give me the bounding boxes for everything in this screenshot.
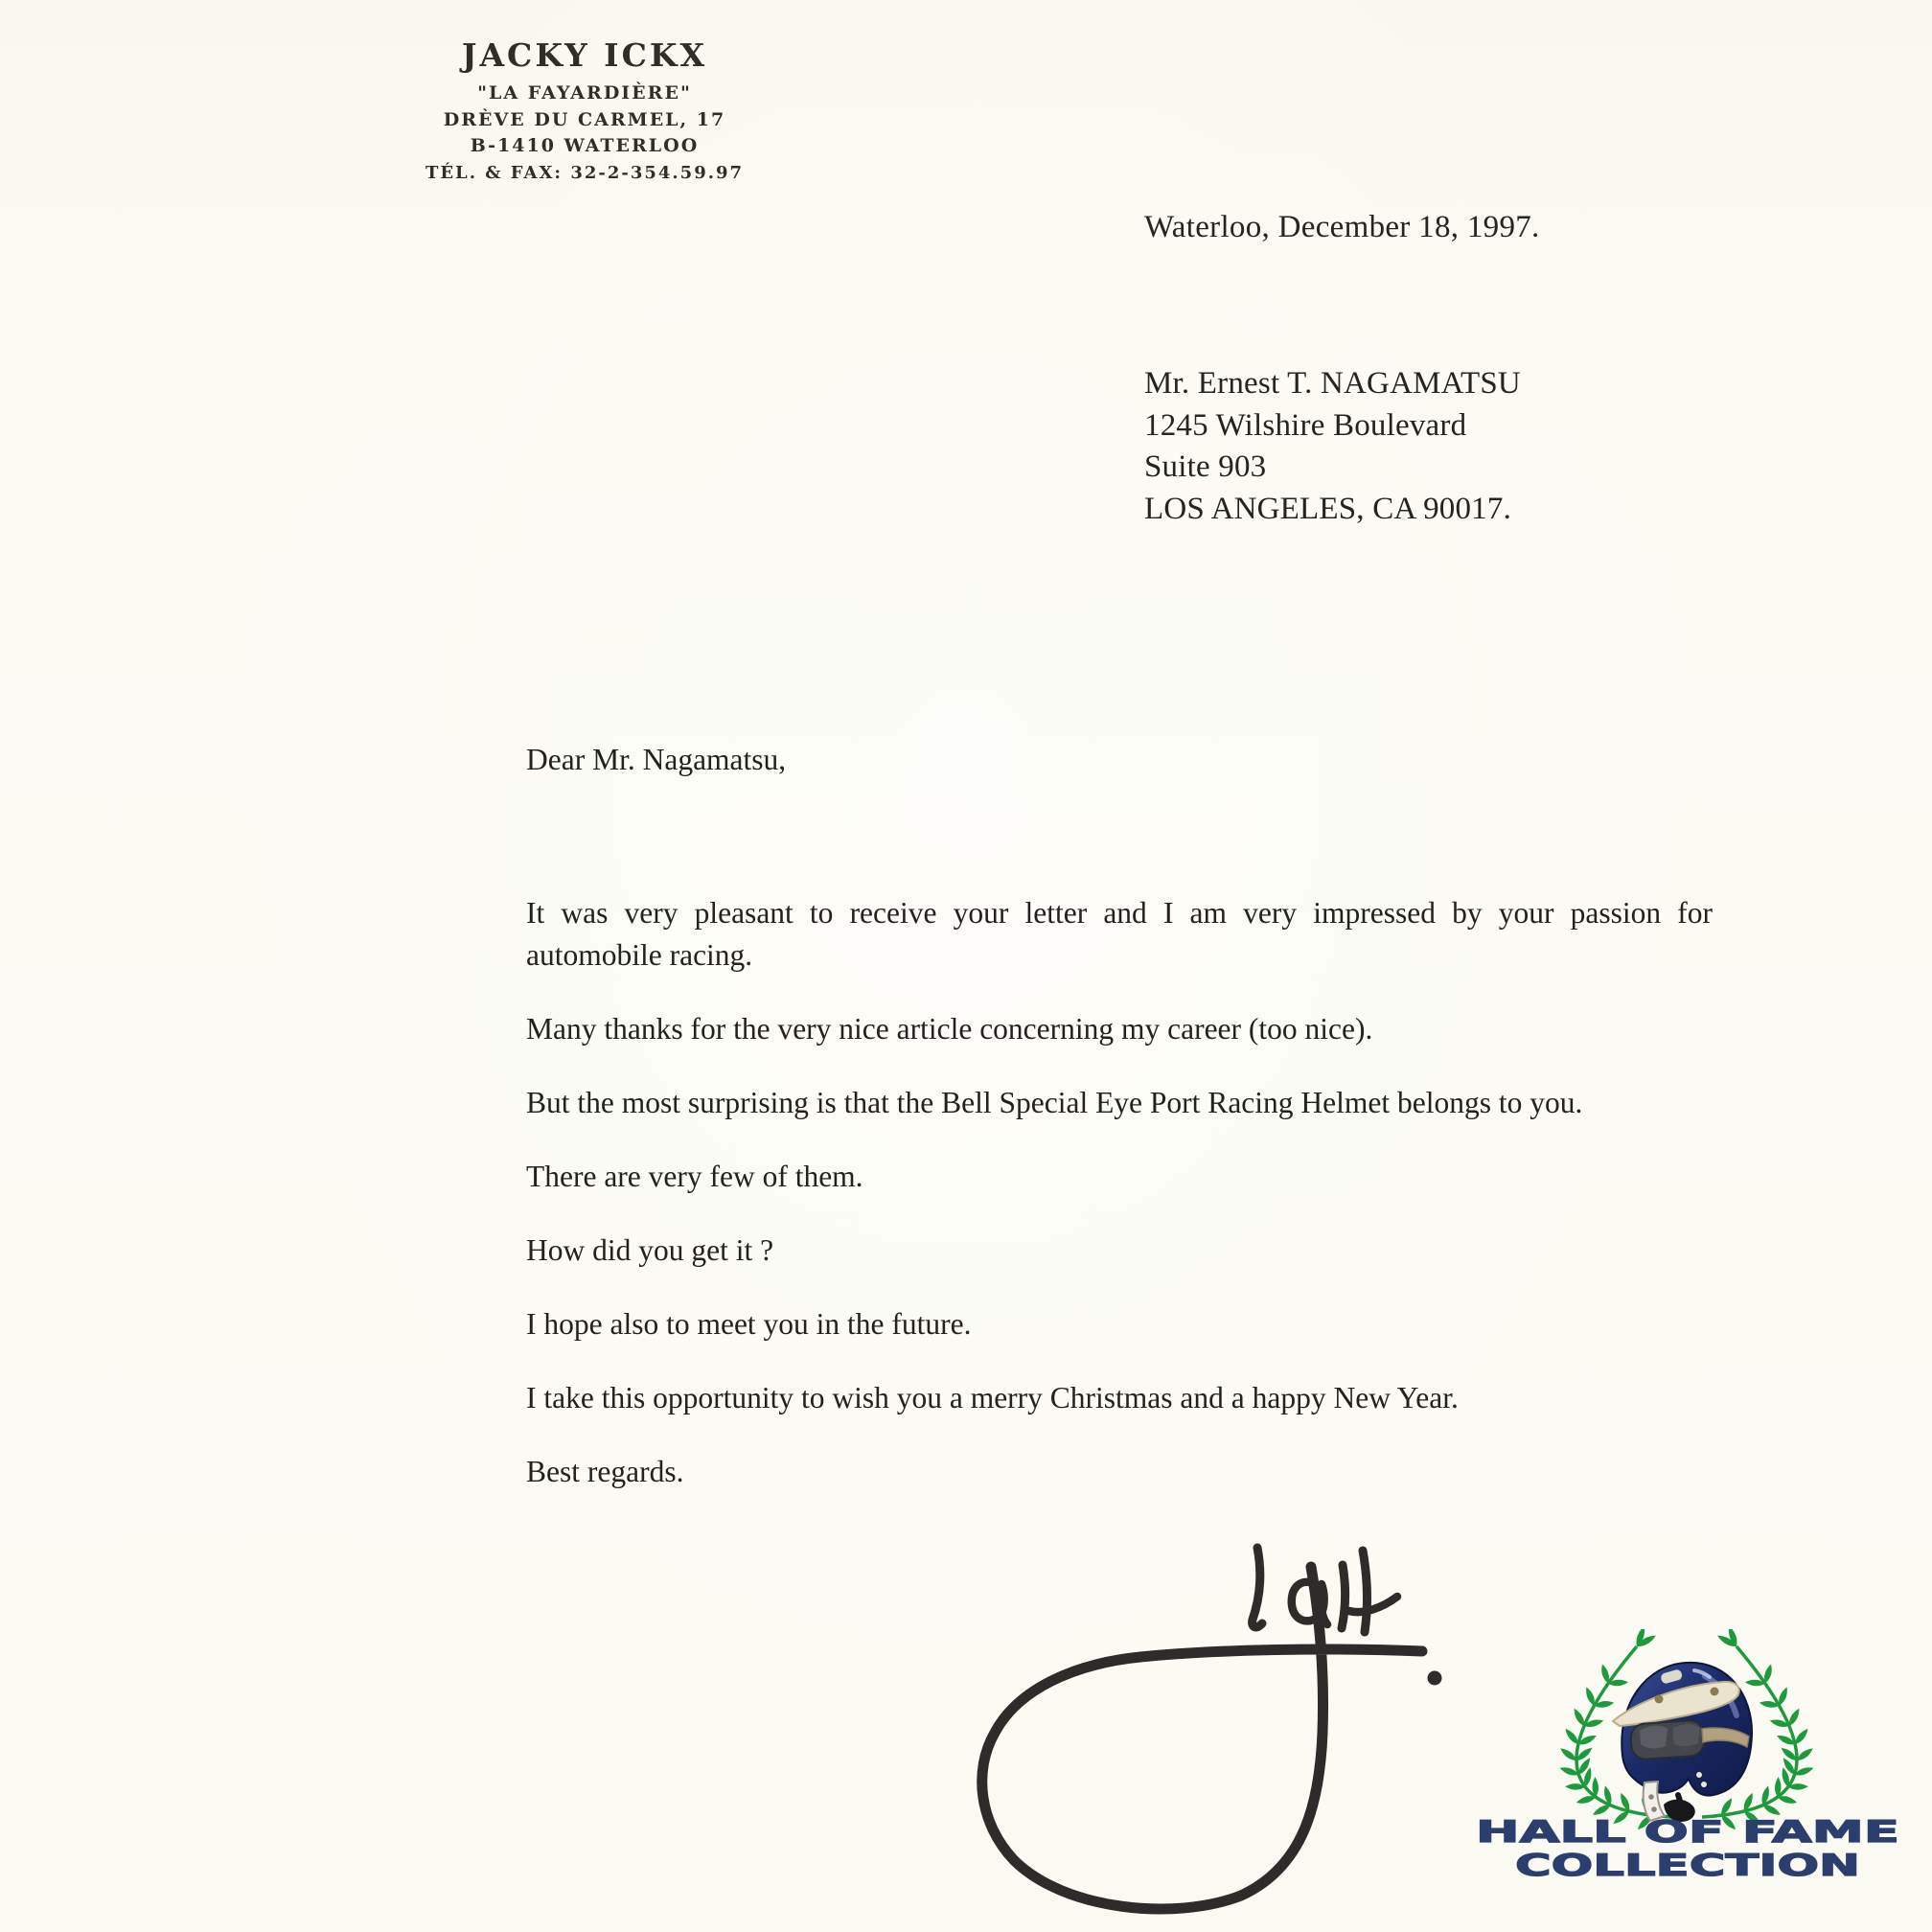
salutation: Dear Mr. Nagamatsu, bbox=[526, 739, 1713, 781]
letterhead-city: B-1410 WATERLOO bbox=[297, 133, 872, 160]
letterhead-residence: "LA FAYARDIÈRE" bbox=[297, 80, 872, 107]
paragraph-2: Many thanks for the very nice article co… bbox=[526, 1008, 1713, 1050]
paragraph-7: I take this opportunity to wish you a me… bbox=[526, 1377, 1713, 1419]
recipient-name: Mr. Ernest T. NAGAMATSU bbox=[1144, 363, 1521, 405]
letter-body: Dear Mr. Nagamatsu, It was very pleasant… bbox=[526, 739, 1713, 1493]
hall-of-fame-logo: HALL OF FAME COLLECTION bbox=[1466, 1629, 1907, 1888]
letterhead-street: DRÈVE DU CARMEL, 17 bbox=[297, 107, 872, 134]
racing-helmet-icon bbox=[1613, 1663, 1752, 1822]
paragraph-1: It was very pleasant to receive your let… bbox=[526, 892, 1713, 977]
letterhead-name: JACKY ICKX bbox=[297, 38, 872, 73]
hall-of-fame-logo-graphic: HALL OF FAME COLLECTION bbox=[1466, 1629, 1907, 1888]
recipient-city: LOS ANGELES, CA 90017. bbox=[1144, 489, 1521, 531]
letterhead: JACKY ICKX "LA FAYARDIÈRE" DRÈVE DU CARM… bbox=[297, 38, 872, 186]
logo-text-hall-of-fame: HALL OF FAME bbox=[1476, 1815, 1899, 1850]
paragraph-4: There are very few of them. bbox=[526, 1156, 1713, 1198]
paragraph-3: But the most surprising is that the Bell… bbox=[526, 1082, 1713, 1124]
signature-dot bbox=[1428, 1671, 1442, 1686]
recipient-suite: Suite 903 bbox=[1144, 447, 1521, 489]
date-line: Waterloo, December 18, 1997. bbox=[1144, 210, 1540, 245]
paragraph-5: How did you get it ? bbox=[526, 1230, 1713, 1272]
recipient-street: 1245 Wilshire Boulevard bbox=[1144, 405, 1521, 448]
closing: Best regards. bbox=[526, 1451, 1713, 1493]
signature-jacky-ickx bbox=[958, 1527, 1447, 1932]
recipient-address: Mr. Ernest T. NAGAMATSU 1245 Wilshire Bo… bbox=[1144, 363, 1521, 530]
paragraph-6: I hope also to meet you in the future. bbox=[526, 1303, 1713, 1345]
letter-page: JACKY ICKX "LA FAYARDIÈRE" DRÈVE DU CARM… bbox=[0, 0, 1932, 1932]
letterhead-phone: TÉL. & FAX: 32-2-354.59.97 bbox=[297, 160, 872, 187]
logo-text-collection: COLLECTION bbox=[1515, 1849, 1860, 1883]
